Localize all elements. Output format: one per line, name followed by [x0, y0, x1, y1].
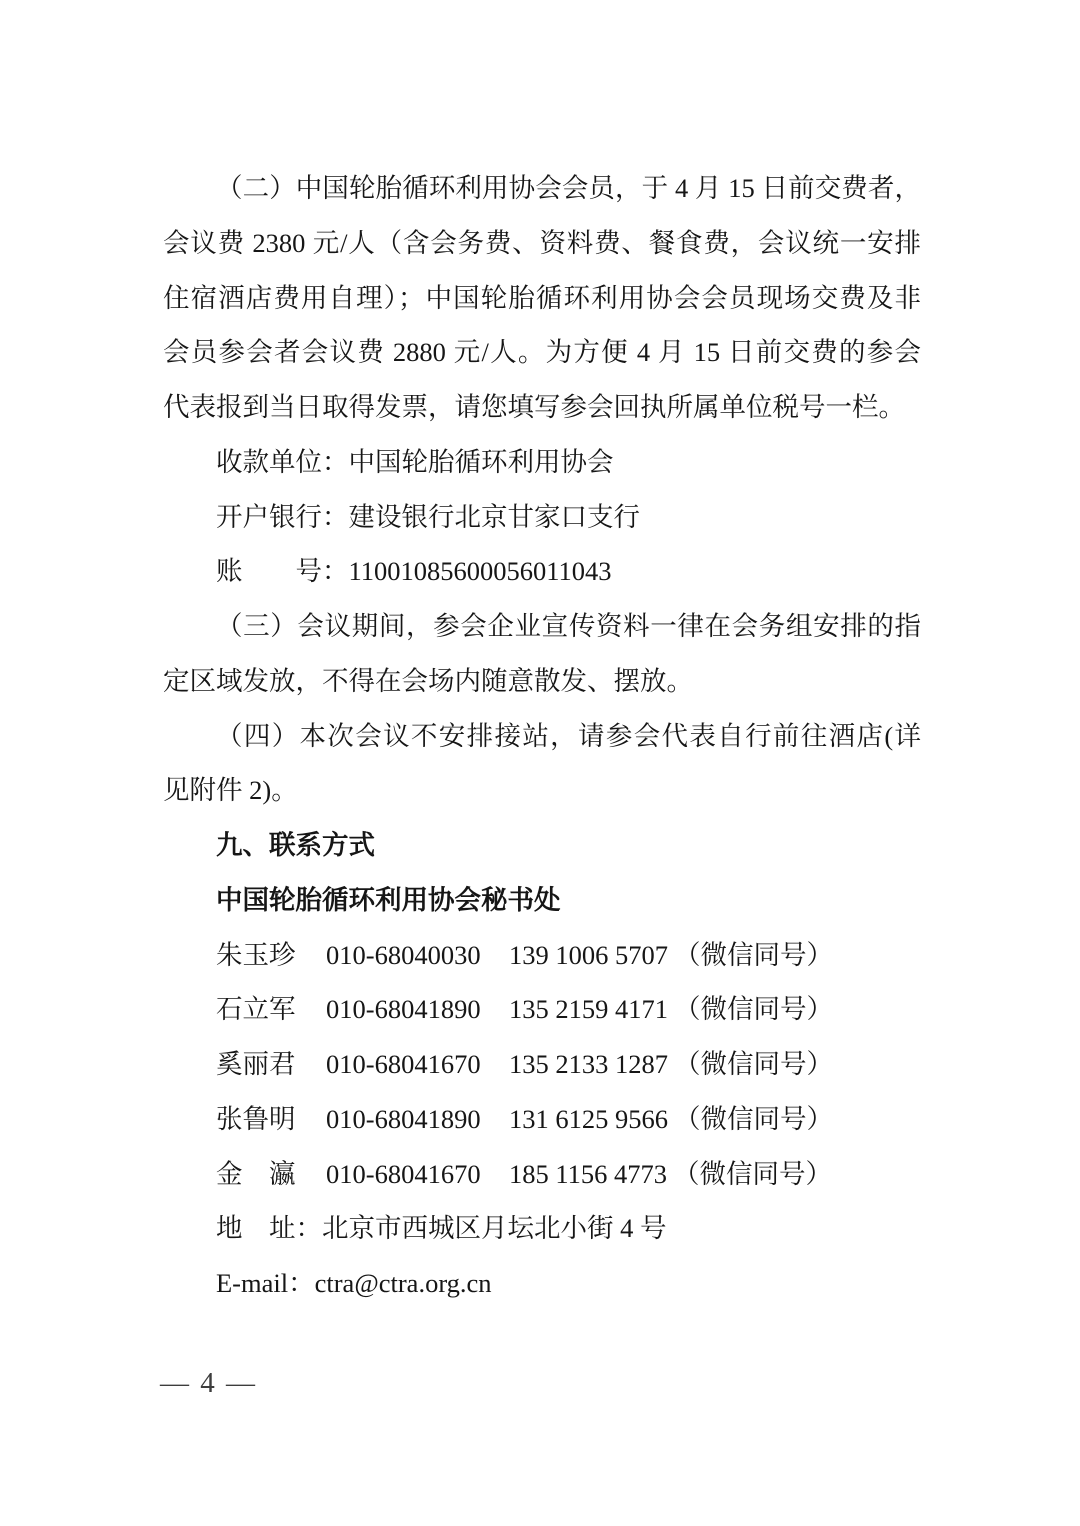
- contact-mobile: 131 6125 9566: [509, 1092, 668, 1147]
- bank-payee-line: 收款单位：中国轮胎循环利用协会: [163, 435, 921, 490]
- materials-paragraph-line: 定区域发放，不得在会场内随意散发、摆放。: [163, 654, 921, 709]
- contact-phone: 010-68041890: [326, 982, 509, 1037]
- fee-paragraph-line: 代表报到当日取得发票，请您填写参会回执所属单位税号一栏。: [163, 380, 921, 435]
- contact-row: 奚丽君 010-68041670 135 2133 1287 （微信同号）: [163, 1037, 921, 1092]
- contact-wechat-note: （微信同号）: [674, 1092, 833, 1147]
- contact-name: 张鲁明: [216, 1092, 326, 1147]
- fee-paragraph-line: 会议费 2380 元/人（含会务费、资料费、餐食费，会议统一安排: [163, 216, 921, 271]
- fee-paragraph-line: 会员参会者会议费 2880 元/人。为方便 4 月 15 日前交费的参会: [163, 325, 921, 380]
- shuttle-paragraph-line: （四）本次会议不安排接站，请参会代表自行前往酒店(详: [163, 709, 921, 764]
- page-number: — 4 —: [160, 1363, 257, 1403]
- contact-name: 奚丽君: [216, 1037, 326, 1092]
- contact-mobile: 135 2159 4171: [509, 982, 668, 1037]
- contact-phone: 010-68041670: [326, 1147, 509, 1202]
- contact-phone: 010-68041890: [326, 1092, 509, 1147]
- contact-name: 石立军: [216, 982, 326, 1037]
- address-line: 地 址：北京市西城区月坛北小街 4 号: [163, 1201, 921, 1256]
- contact-wechat-note: （微信同号）: [674, 1037, 833, 1092]
- email-line: E-mail：ctra@ctra.org.cn: [163, 1256, 921, 1311]
- contact-name: 朱玉珍: [216, 928, 326, 983]
- contact-wechat-note: （微信同号）: [673, 1147, 832, 1202]
- contact-row: 金 瀛 010-68041670 185 1156 4773 （微信同号）: [163, 1147, 921, 1202]
- contact-phone: 010-68041670: [326, 1037, 509, 1092]
- fee-paragraph-line: 住宿酒店费用自理）；中国轮胎循环利用协会会员现场交费及非: [163, 271, 921, 326]
- contact-mobile: 139 1006 5707: [509, 928, 668, 983]
- contact-phone: 010-68040030: [326, 928, 509, 983]
- contact-name: 金 瀛: [216, 1147, 326, 1202]
- contact-row: 张鲁明 010-68041890 131 6125 9566 （微信同号）: [163, 1092, 921, 1147]
- document-body: （二）中国轮胎循环利用协会会员，于 4 月 15 日前交费者， 会议费 2380…: [163, 161, 921, 1311]
- contact-row: 朱玉珍 010-68040030 139 1006 5707 （微信同号）: [163, 928, 921, 983]
- secretariat-title: 中国轮胎循环利用协会秘书处: [163, 873, 921, 928]
- document-page: （二）中国轮胎循环利用协会会员，于 4 月 15 日前交费者， 会议费 2380…: [0, 0, 1080, 1526]
- shuttle-paragraph-line: 见附件 2)。: [163, 763, 921, 818]
- contact-wechat-note: （微信同号）: [674, 928, 833, 983]
- contact-row: 石立军 010-68041890 135 2159 4171 （微信同号）: [163, 982, 921, 1037]
- contact-mobile: 135 2133 1287: [509, 1037, 668, 1092]
- contact-wechat-note: （微信同号）: [674, 982, 833, 1037]
- materials-paragraph-line: （三）会议期间，参会企业宣传资料一律在会务组安排的指: [163, 599, 921, 654]
- bank-account-line: 账 号：11001085600056011043: [163, 544, 921, 599]
- section-title-contact-info: 九、联系方式: [163, 818, 921, 873]
- contact-mobile: 185 1156 4773: [509, 1147, 667, 1202]
- bank-name-line: 开户银行：建设银行北京甘家口支行: [163, 490, 921, 545]
- fee-paragraph-line: （二）中国轮胎循环利用协会会员，于 4 月 15 日前交费者，: [163, 161, 921, 216]
